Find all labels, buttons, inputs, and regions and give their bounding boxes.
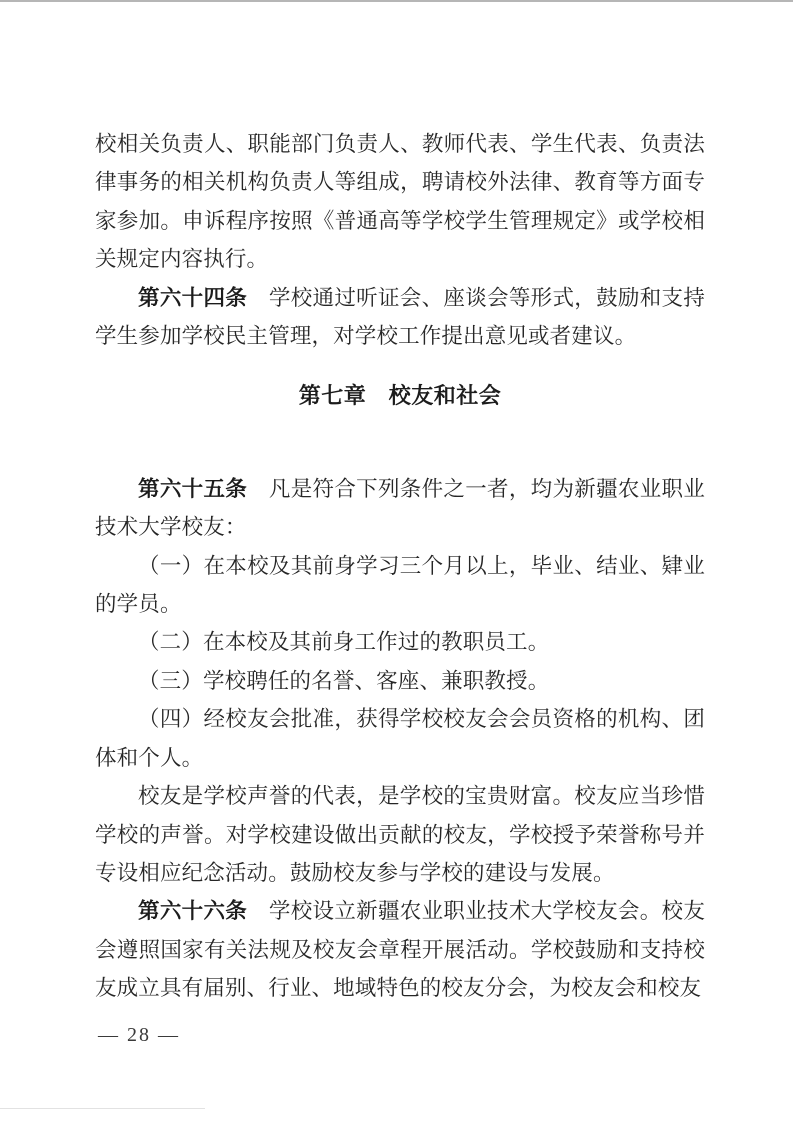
paragraph: （三）学校聘任的名誉、客座、兼职教授。: [95, 662, 705, 700]
paragraph: （一）在本校及其前身学习三个月以上，毕业、结业、肄业的学员。: [95, 547, 705, 624]
paragraph: 第六十五条 凡是符合下列条件之一者，均为新疆农业职业技术大学校友：: [95, 470, 705, 547]
article-number: 第六十五条: [138, 477, 247, 501]
paragraph: 第六十四条 学校通过听证会、座谈会等形式，鼓励和支持学生参加学校民主管理，对学校…: [95, 279, 705, 356]
scan-edge-bottom: [0, 1108, 205, 1109]
chapter-heading: 第七章 校友和社会: [95, 377, 705, 415]
page-footer: — 28 —: [98, 1024, 180, 1047]
scan-edge-top: [0, 0, 793, 2]
article-number: 第六十六条: [138, 899, 247, 923]
paragraph: 校相关负责人、职能部门负责人、教师代表、学生代表、负责法律事务的相关机构负责人等…: [95, 125, 705, 279]
paragraph: （二）在本校及其前身工作过的教职员工。: [95, 623, 705, 661]
paragraph: 第六十六条 学校设立新疆农业职业技术大学校友会。校友会遵照国家有关法规及校友会章…: [95, 892, 705, 1007]
article-number: 第六十四条: [138, 286, 247, 310]
paragraph: （四）经校友会批准，获得学校校友会会员资格的机构、团体和个人。: [95, 700, 705, 777]
page-number: — 28 —: [98, 1024, 180, 1046]
paragraph: 校友是学校声誉的代表，是学校的宝贵财富。校友应当珍惜学校的声誉。对学校建设做出贡…: [95, 777, 705, 892]
document-page: 校相关负责人、职能部门负责人、教师代表、学生代表、负责法律事务的相关机构负责人等…: [0, 0, 793, 1121]
document-body: 校相关负责人、职能部门负责人、教师代表、学生代表、负责法律事务的相关机构负责人等…: [95, 125, 705, 1008]
